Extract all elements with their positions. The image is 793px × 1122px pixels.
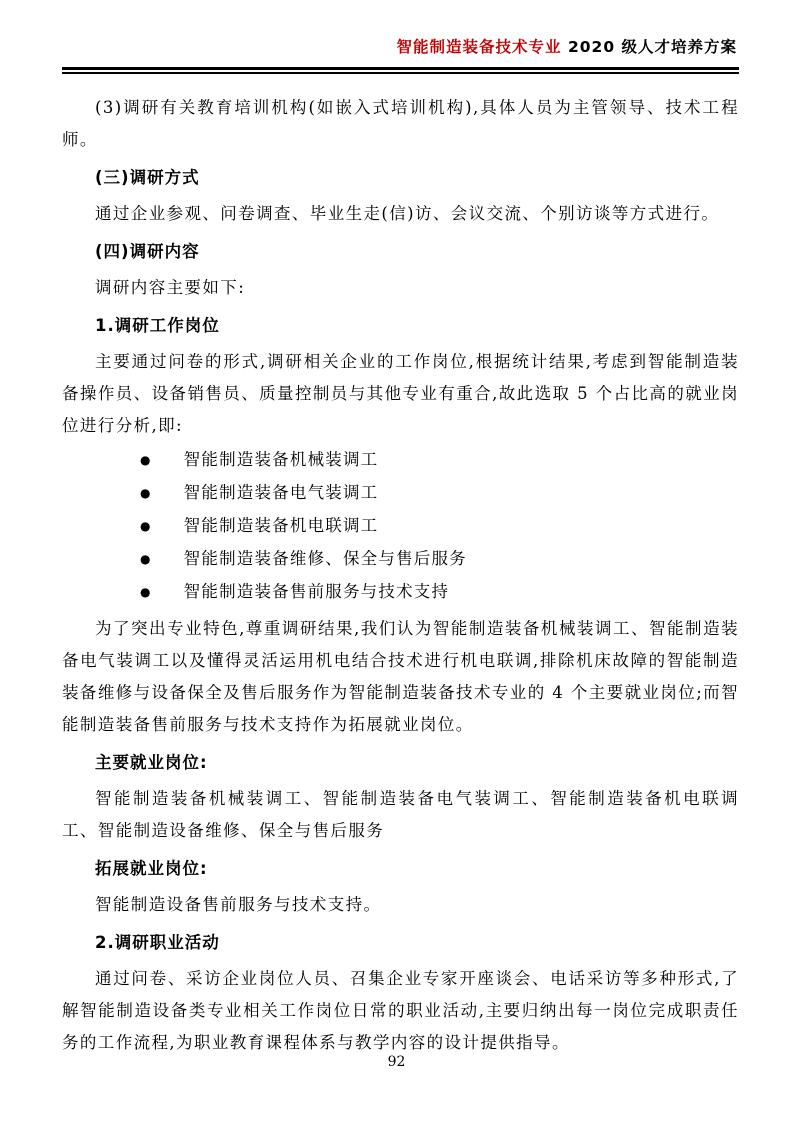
paragraph-job-survey: 主要通过问卷的形式,调研相关企业的工作岗位,根据统计结果,考虑到智能制造装备操作… bbox=[62, 346, 739, 442]
job-bullet-list: ● 智能制造装备机械装调工 ● 智能制造装备电气装调工 ● 智能制造装备机电联调… bbox=[62, 444, 739, 609]
heading-occupational-activities: 2.调研职业活动 bbox=[62, 927, 739, 959]
header-divider bbox=[62, 67, 739, 74]
heading-extended-jobs: 拓展就业岗位: bbox=[62, 853, 739, 885]
list-item: ● 智能制造装备机电联调工 bbox=[62, 510, 739, 543]
bullet-icon: ● bbox=[140, 544, 152, 575]
job-bullet-label: 智能制造装备售前服务与技术支持 bbox=[184, 576, 450, 607]
page-number: 92 bbox=[388, 1054, 406, 1070]
page-footer: 92 bbox=[0, 1054, 793, 1070]
heading-survey-content: (四)调研内容 bbox=[62, 236, 739, 268]
bullet-icon: ● bbox=[140, 511, 152, 542]
heading-job-positions: 1.调研工作岗位 bbox=[62, 310, 739, 342]
paragraph-occupational-activities: 通过问卷、采访企业岗位人员、召集企业专家开座谈会、电话采访等多种形式,了解智能制… bbox=[62, 963, 739, 1059]
bullet-icon: ● bbox=[140, 577, 152, 608]
list-item: ● 智能制造装备机械装调工 bbox=[62, 444, 739, 477]
header-title-red: 智能制造装备技术专业 bbox=[397, 38, 562, 56]
paragraph-main-jobs: 智能制造装备机械装调工、智能制造装备电气装调工、智能制造装备机电联调工、智能制造… bbox=[62, 783, 739, 847]
paragraph-training-orgs: (3)调研有关教育培训机构(如嵌入式培训机构),具体人员为主管领导、技术工程师。 bbox=[62, 92, 739, 156]
heading-main-jobs: 主要就业岗位: bbox=[62, 747, 739, 779]
header-title-black: 2020 级人才培养方案 bbox=[562, 38, 737, 56]
heading-survey-method: (三)调研方式 bbox=[62, 162, 739, 194]
job-bullet-label: 智能制造装备维修、保全与售后服务 bbox=[184, 543, 467, 574]
list-item: ● 智能制造装备售前服务与技术支持 bbox=[62, 576, 739, 609]
document-body: (3)调研有关教育培训机构(如嵌入式培训机构),具体人员为主管领导、技术工程师。… bbox=[62, 92, 739, 1059]
list-item: ● 智能制造装备电气装调工 bbox=[62, 477, 739, 510]
job-bullet-label: 智能制造装备机械装调工 bbox=[184, 444, 379, 475]
document-header: 智能制造装备技术专业 2020 级人才培养方案 bbox=[62, 36, 739, 58]
paragraph-specialty-feature: 为了突出专业特色,尊重调研结果,我们认为智能制造装备机械装调工、智能制造装备电气… bbox=[62, 613, 739, 741]
list-item: ● 智能制造装备维修、保全与售后服务 bbox=[62, 543, 739, 576]
job-bullet-label: 智能制造装备电气装调工 bbox=[184, 477, 379, 508]
bullet-icon: ● bbox=[140, 445, 152, 476]
bullet-icon: ● bbox=[140, 478, 152, 509]
paragraph-extended-jobs: 智能制造设备售前服务与技术支持。 bbox=[62, 889, 739, 921]
job-bullet-label: 智能制造装备机电联调工 bbox=[184, 510, 379, 541]
paragraph-survey-method: 通过企业参观、问卷调查、毕业生走(信)访、会议交流、个别访谈等方式进行。 bbox=[62, 198, 739, 230]
document-page: 智能制造装备技术专业 2020 级人才培养方案 (3)调研有关教育培训机构(如嵌… bbox=[0, 0, 793, 1059]
paragraph-content-intro: 调研内容主要如下: bbox=[62, 272, 739, 304]
